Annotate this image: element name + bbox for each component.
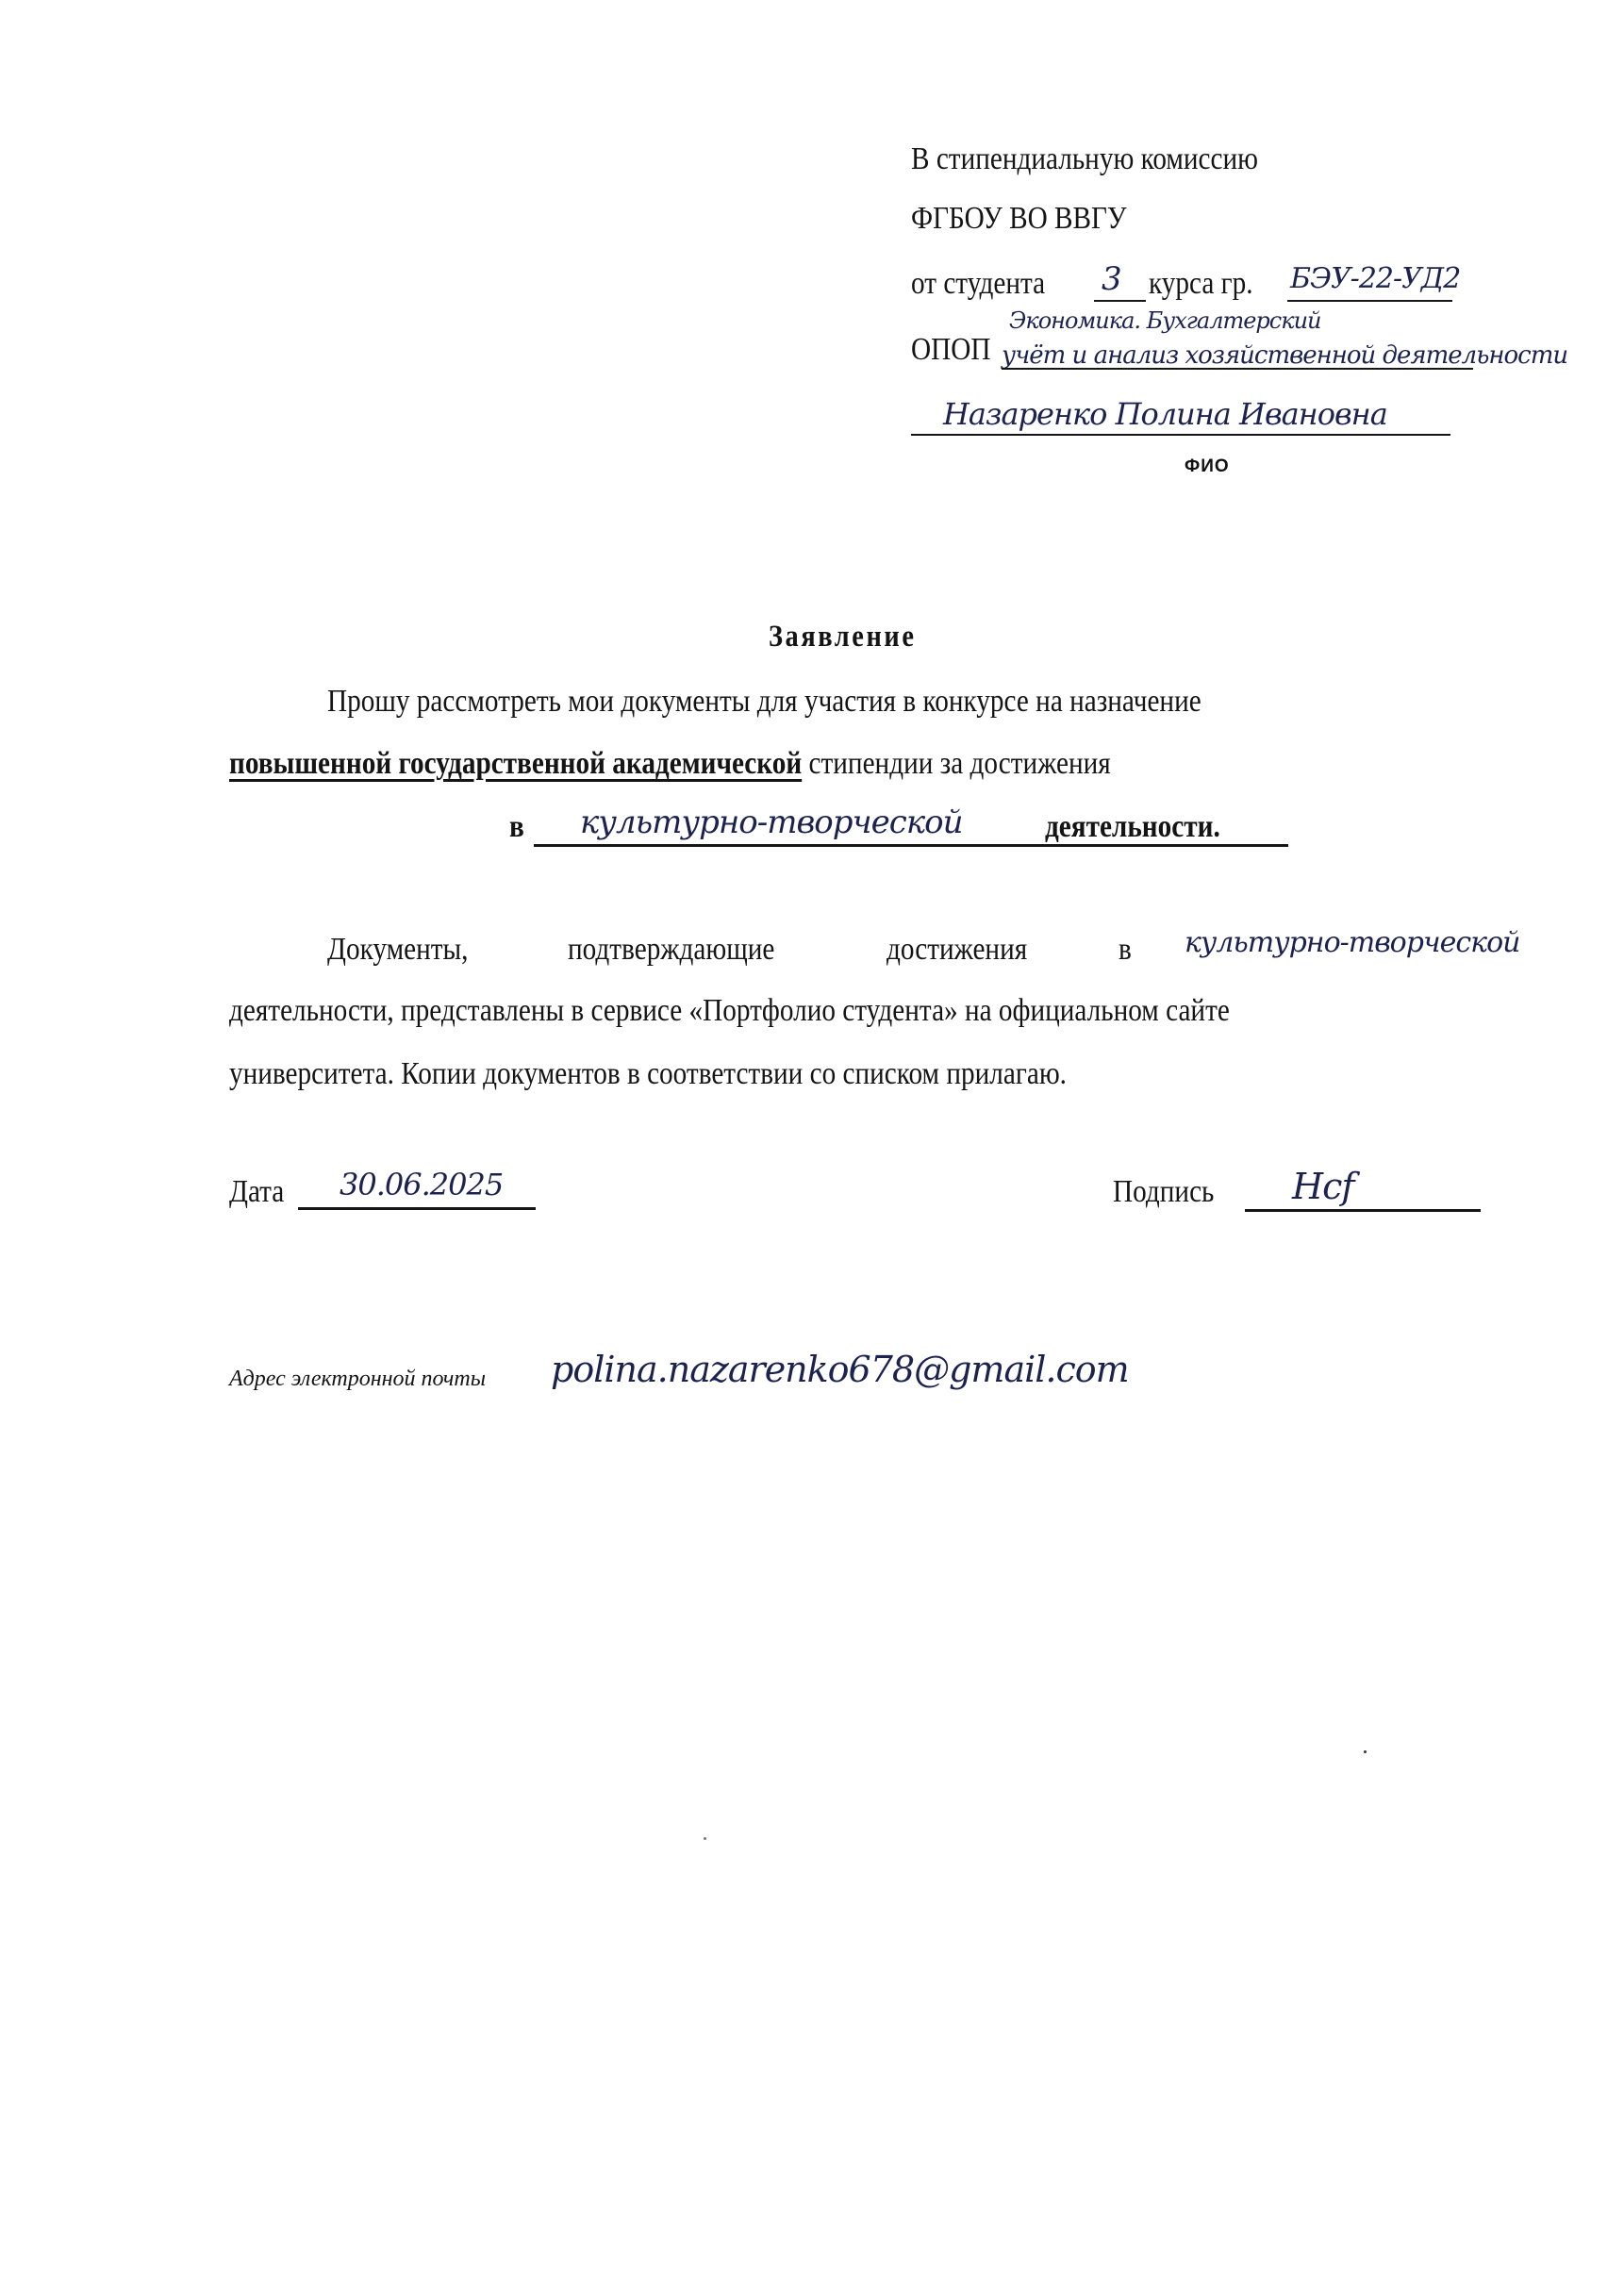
fio-caption: ФИО xyxy=(1185,456,1230,477)
paragraph-2-word-3: достижения xyxy=(887,932,1027,968)
date-label: Дата xyxy=(229,1174,284,1210)
paragraph-2-line-3: университета. Копии документов в соответ… xyxy=(229,1056,1067,1092)
opop-value-line-1: Экономика. Бухгалтерский xyxy=(1009,307,1320,334)
activity-field-value-2: культурно-творческой xyxy=(1185,926,1519,959)
fio-underline xyxy=(911,434,1450,436)
group-underline xyxy=(1287,300,1452,302)
addressee-line-1: В стипендиальную комиссию xyxy=(911,141,1258,177)
paragraph-1-line-2-rest: стипендии за достижения xyxy=(802,746,1110,781)
activity-field-value: культурно-творческой xyxy=(580,804,963,841)
signature-label: Подпись xyxy=(1113,1174,1214,1210)
addressee-line-2: ФГБОУ ВО ВВГУ xyxy=(911,201,1127,237)
signature-underline xyxy=(1245,1209,1481,1212)
paragraph-1-line-3-suffix: деятельности. xyxy=(1045,809,1220,845)
email-label: Адрес электронной почты xyxy=(229,1367,486,1392)
student-prefix: от студента xyxy=(911,266,1045,302)
course-label: курса гр. xyxy=(1149,266,1253,302)
paragraph-2-word-2: подтверждающие xyxy=(568,932,774,968)
course-underline xyxy=(1094,300,1146,302)
scan-speck xyxy=(704,1837,706,1840)
opop-underline xyxy=(1002,368,1473,370)
scholarship-type: повышенной государственной академической xyxy=(229,746,802,781)
course-value: 3 xyxy=(1102,260,1121,298)
paragraph-2-word-4: в xyxy=(1119,932,1132,968)
fio-value: Назаренко Полина Ивановна xyxy=(943,396,1387,432)
paragraph-1-line-2: повышенной государственной академической… xyxy=(229,746,1111,782)
document-page: В стипендиальную комиссию ФГБОУ ВО ВВГУ … xyxy=(0,0,1624,2271)
paragraph-1-line-1: Прошу рассмотреть мои документы для учас… xyxy=(327,684,1201,720)
group-value: БЭУ-22-УД2 xyxy=(1290,262,1460,295)
opop-label: ОПОП xyxy=(911,332,990,368)
paragraph-2-word-1: Документы, xyxy=(327,932,468,968)
date-value: 30.06.2025 xyxy=(340,1167,503,1202)
date-underline xyxy=(298,1207,536,1210)
signature-value: Нсf xyxy=(1292,1166,1354,1207)
paragraph-1-line-3-prefix: в xyxy=(509,809,524,845)
email-value: polina.nazarenko678@gmail.com xyxy=(551,1349,1129,1390)
scan-speck xyxy=(1364,1750,1367,1753)
document-title: Заявление xyxy=(769,620,917,655)
opop-value-line-2: учёт и анализ хозяйственной деятельности xyxy=(1002,341,1567,370)
paragraph-2-line-2: деятельности, представлены в сервисе «По… xyxy=(229,993,1230,1029)
